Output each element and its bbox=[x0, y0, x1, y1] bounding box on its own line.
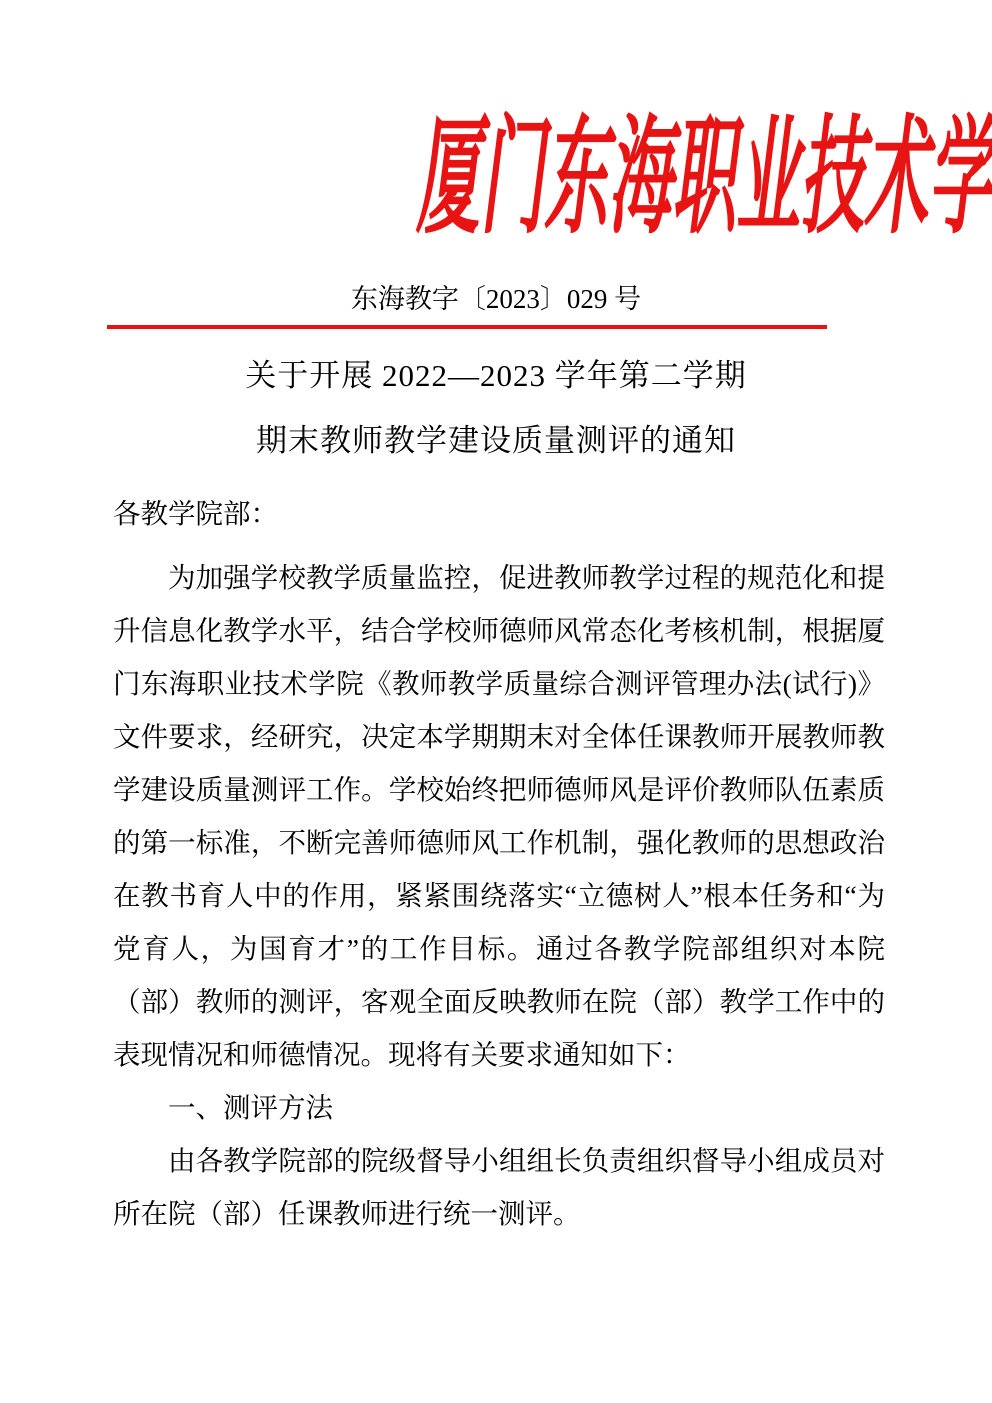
section-1-heading: 一、测评方法 bbox=[113, 1081, 885, 1134]
red-separator-rule bbox=[107, 325, 827, 329]
body-paragraph-1: 为加强学校教学质量监控，促进教师教学过程的规范化和提升信息化教学水平，结合学校师… bbox=[113, 551, 885, 1081]
letterhead: 厦门东海职业技术学院教务处 bbox=[0, 108, 992, 248]
salutation: 各教学院部： bbox=[113, 487, 885, 540]
section-1-paragraph: 由各教学院部的院级督导小组组长负责组织督导小组成员对所在院（部）任课教师进行统一… bbox=[113, 1134, 885, 1240]
document-page: 厦门东海职业技术学院教务处 东海教字〔2023〕029 号 关于开展 2022—… bbox=[0, 0, 992, 1403]
document-number: 东海教字〔2023〕029 号 bbox=[0, 283, 992, 316]
organization-title: 厦门东海职业技术学院教务处 bbox=[416, 108, 992, 248]
document-title-line-1: 关于开展 2022—2023 学年第二学期 bbox=[0, 356, 992, 396]
document-body: 各教学院部： 为加强学校教学质量监控，促进教师教学过程的规范化和提升信息化教学水… bbox=[113, 487, 885, 1240]
document-title-line-2: 期末教师教学建设质量测评的通知 bbox=[0, 421, 992, 461]
